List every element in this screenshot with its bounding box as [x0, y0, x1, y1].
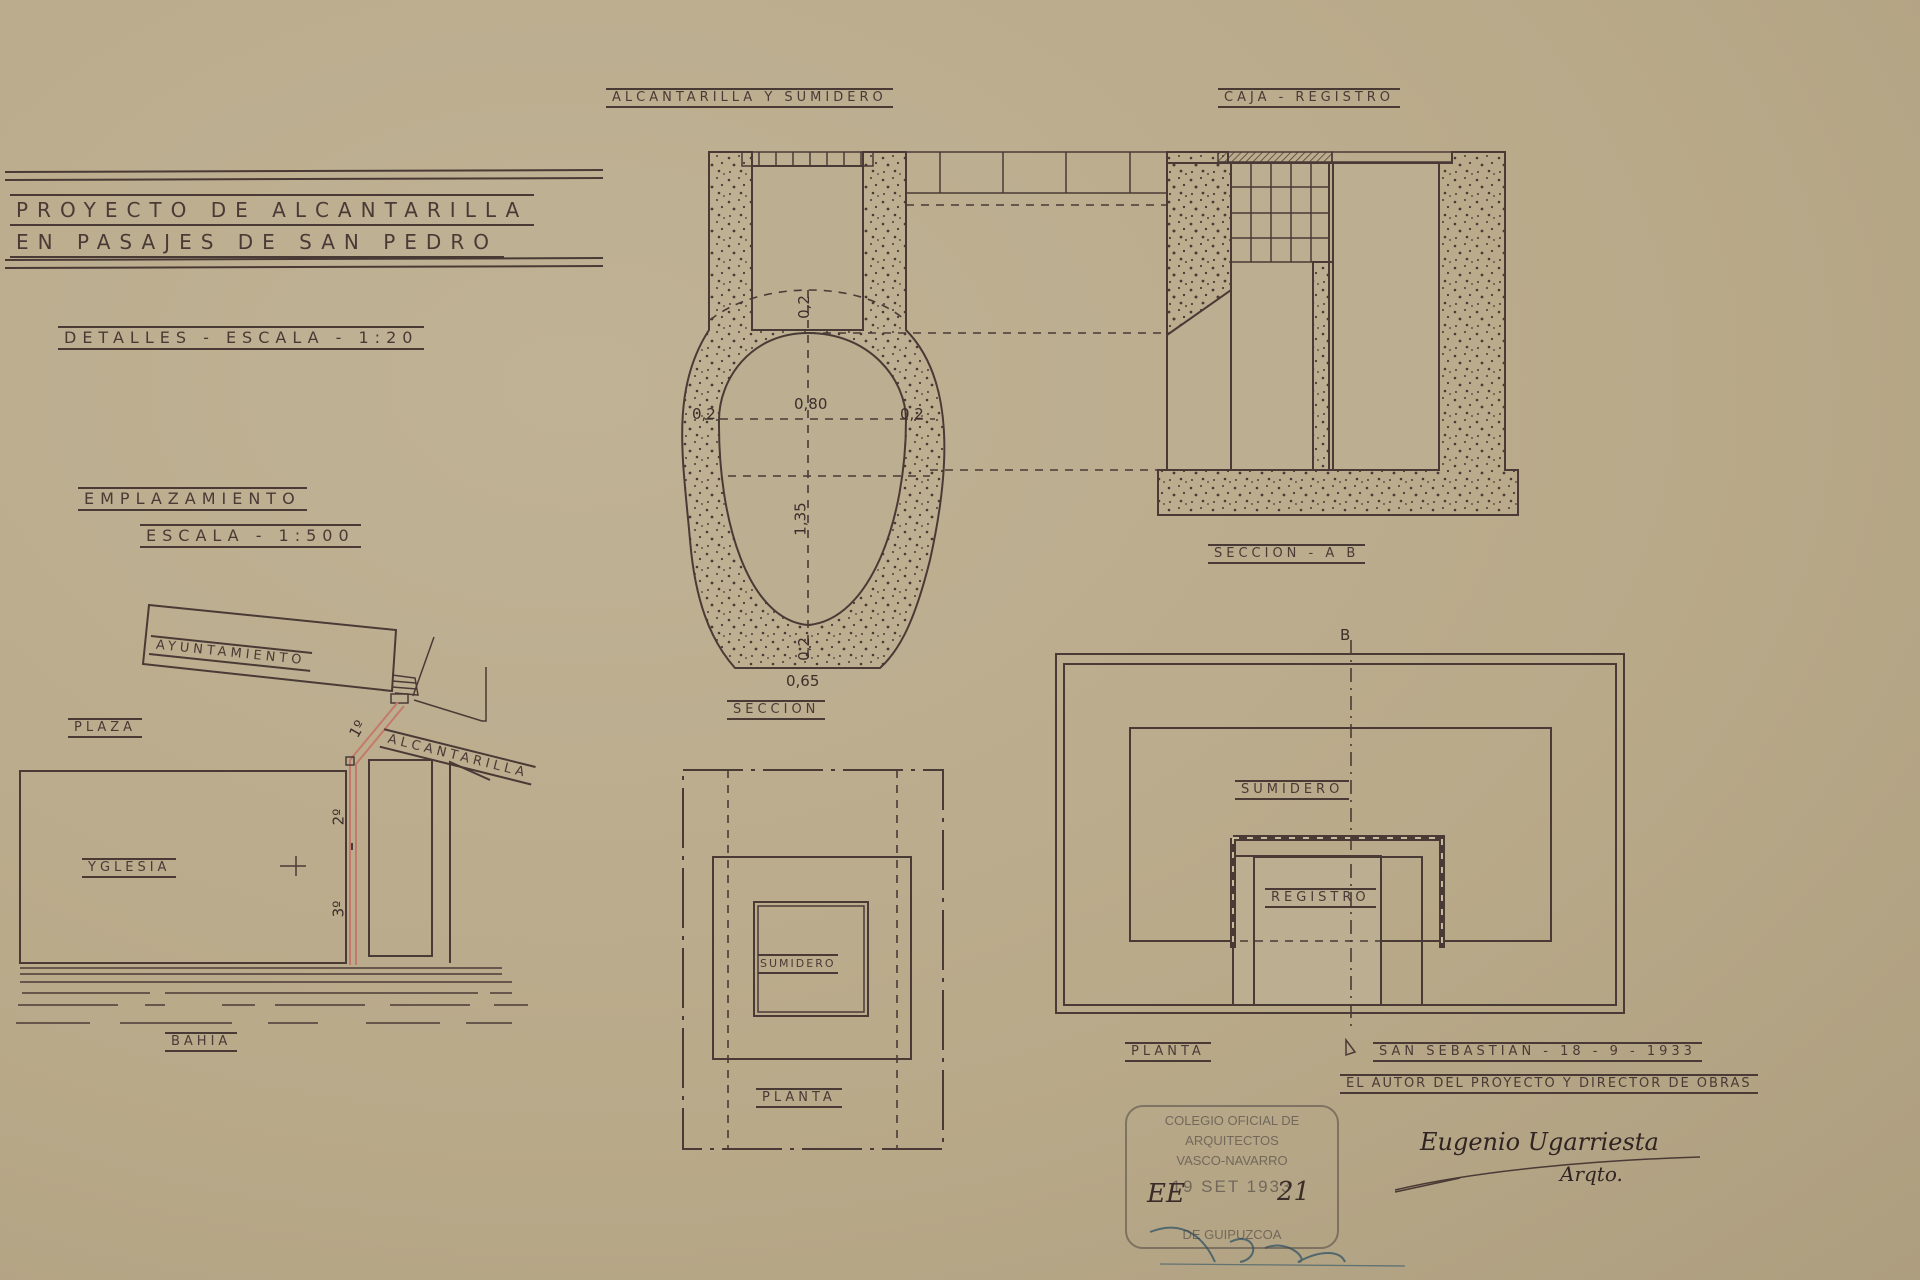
- sewer-section-drawing: [682, 152, 1170, 668]
- registro-section-drawing: [1158, 152, 1518, 515]
- label-yglesia: YGLESIA: [82, 858, 176, 878]
- drawing-sheet: PROYECTO DE ALCANTARILLA EN PASAJES DE S…: [0, 0, 1920, 1280]
- dim-inner-height: 1,35: [792, 502, 810, 535]
- stamp-handwritten-number: 21: [1277, 1177, 1310, 1207]
- sewer-section-heading: ALCANTARILLA Y SUMIDERO: [606, 88, 893, 108]
- registro-plan-caption: PLANTA: [1125, 1042, 1211, 1062]
- stamp-line-4: DE GUIPUZCOA: [1127, 1225, 1337, 1245]
- sewer-section-caption: SECCION: [727, 700, 825, 720]
- dim-wall-left: 0,2: [692, 405, 716, 423]
- registro-plan-inner-label: REGISTRO: [1265, 888, 1376, 908]
- segment-label-3: 3º: [329, 901, 347, 918]
- author-line: EL AUTOR DEL PROYECTO Y DIRECTOR DE OBRA…: [1340, 1074, 1758, 1094]
- project-title-line-1: PROYECTO DE ALCANTARILLA: [10, 194, 534, 226]
- registro-section-caption: SECCION - A B: [1208, 544, 1365, 564]
- dim-invert: 0,2: [795, 637, 813, 661]
- place-date: SAN SEBASTIAN - 18 - 9 - 1933: [1373, 1042, 1702, 1062]
- stamp-line-1: COLEGIO OFICIAL DE ARQUITECTOS: [1127, 1111, 1337, 1151]
- detail-scale-label: DETALLES - ESCALA - 1:20: [58, 326, 424, 350]
- registro-plan-drawing: [1056, 640, 1624, 1030]
- dim-crown: 0,2: [795, 295, 813, 319]
- segment-label-2: 2º: [329, 809, 347, 826]
- site-plan-heading: EMPLAZAMIENTO: [78, 487, 307, 511]
- sumidero-plan-label: SUMIDERO: [758, 954, 838, 974]
- stamp-line-2: VASCO-NAVARRO: [1127, 1151, 1337, 1171]
- project-title-line-2: EN PASAJES DE SAN PEDRO: [10, 228, 504, 258]
- registro-plan-outer-label: SUMIDERO: [1235, 780, 1349, 800]
- architect-signature: Eugenio Ugarriesta: [1420, 1128, 1659, 1156]
- axis-label-top: B: [1340, 626, 1350, 644]
- dim-inner-width: 0,80: [794, 395, 827, 413]
- site-plan-scale: ESCALA - 1:500: [140, 524, 361, 548]
- label-bahia: BAHIA: [165, 1032, 237, 1052]
- label-plaza: PLAZA: [68, 718, 142, 738]
- registro-section-heading: CAJA - REGISTRO: [1218, 88, 1400, 108]
- official-stamp: COLEGIO OFICIAL DE ARQUITECTOS VASCO-NAV…: [1125, 1105, 1339, 1249]
- dim-wall-right: 0,2: [900, 405, 924, 423]
- stamp-handwritten-code: EE: [1147, 1179, 1185, 1209]
- dim-base-width: 0,65: [786, 672, 819, 690]
- sumidero-plan-caption: PLANTA: [756, 1088, 842, 1108]
- architect-title: Arqto.: [1560, 1162, 1623, 1186]
